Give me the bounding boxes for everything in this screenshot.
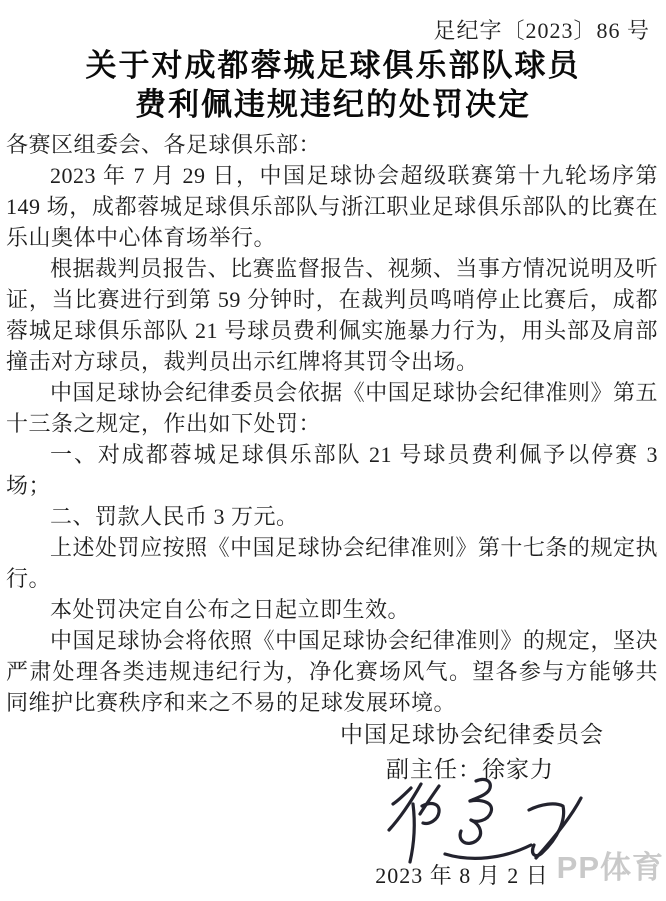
signature-stroke bbox=[445, 845, 531, 858]
signature-stroke bbox=[470, 779, 490, 801]
doc-number: 足纪字〔2023〕86 号 bbox=[433, 14, 650, 45]
signature-stroke bbox=[389, 784, 421, 830]
issue-date: 2023 年 8 月 2 日 bbox=[372, 859, 552, 890]
pp-sports-watermark: PP体育 bbox=[557, 842, 664, 887]
document-body: 各赛区组委会、各足球俱乐部： 2023 年 7 月 29 日，中国足球协会超级联… bbox=[6, 129, 658, 718]
signature-stroke bbox=[393, 788, 411, 804]
document-page: 足纪字〔2023〕86 号 关于对成都蓉城足球俱乐部队球员 费利佩违规违纪的处罚… bbox=[0, 0, 666, 901]
signature-stroke bbox=[422, 804, 439, 824]
body-paragraph: 2023 年 7 月 29 日，中国足球协会超级联赛第十九轮场序第 149 场，… bbox=[6, 160, 658, 253]
body-paragraph: 一、对成都蓉城足球俱乐部队 21 号球员费利佩予以停赛 3 场； bbox=[6, 439, 658, 501]
body-paragraph: 上述处罚应按照《中国足球协会纪律准则》第十七条的规定执行。 bbox=[6, 532, 658, 594]
signature-stroke bbox=[470, 800, 491, 821]
document-title: 关于对成都蓉城足球俱乐部队球员 费利佩违规违纪的处罚决定 bbox=[0, 46, 666, 124]
salutation: 各赛区组委会、各足球俱乐部： bbox=[6, 129, 658, 160]
body-paragraph: 二、罚款人民币 3 万元。 bbox=[6, 501, 658, 532]
body-paragraph: 中国足球协会纪律委员会依据《中国足球协会纪律准则》第五十三条之规定，作出如下处罚… bbox=[6, 377, 658, 439]
document-title-line1: 关于对成都蓉城足球俱乐部队球员 bbox=[0, 46, 666, 85]
body-paragraph: 根据裁判员报告、比赛监督报告、视频、当事方情况说明及听证，当比赛进行到第 59 … bbox=[6, 253, 658, 377]
body-paragraph: 本处罚决定自公布之日起立即生效。 bbox=[6, 594, 658, 625]
document-title-line2: 费利佩违规违纪的处罚决定 bbox=[0, 85, 666, 124]
body-paragraph: 中国足球协会将依照《中国足球协会纪律准则》的规定，坚决严肃处理各类违规违纪行为，… bbox=[6, 625, 658, 718]
signature-stroke bbox=[410, 804, 414, 862]
signature-stroke bbox=[460, 820, 480, 843]
signer-org: 中国足球协会纪律委员会 bbox=[340, 716, 604, 749]
signature-stroke bbox=[420, 786, 439, 814]
